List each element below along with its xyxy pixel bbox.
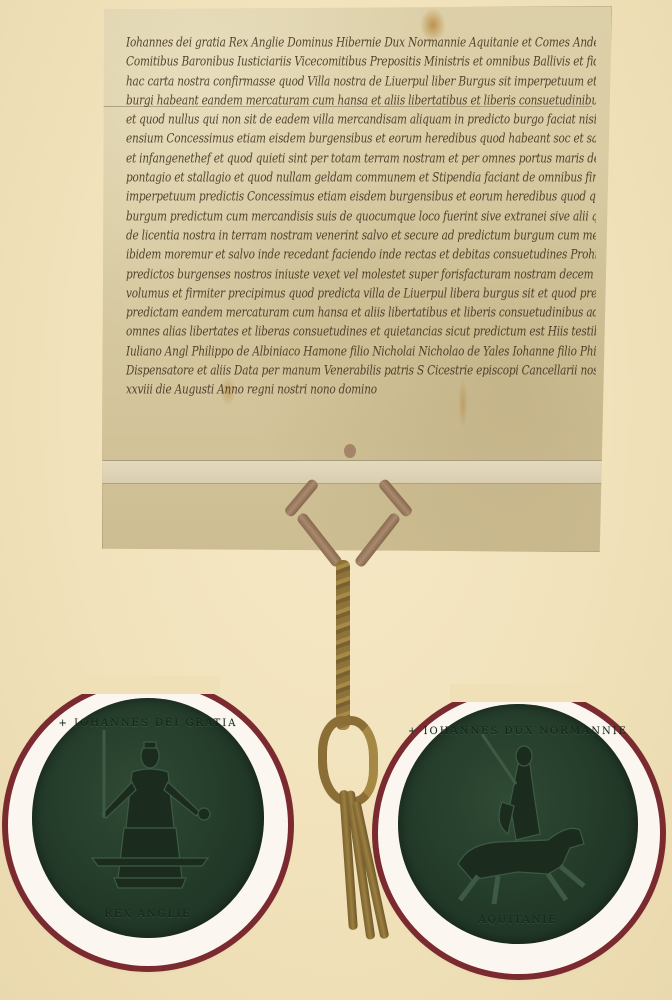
holder-gap [450,684,600,702]
museum-display: Iohannes dei gratia Rex Anglie Dominus H… [0,0,672,1000]
mounted-knight-icon [398,704,638,944]
charter-line: xxviii die Augusti Anno regni nostri non… [126,379,596,403]
seal-reverse: + IOHANNES DUX NORMANNIE AQUITANIE [398,704,638,944]
tag-hole [344,444,356,458]
seal-obverse: + IOHANNES DEI GRATIA REX ANGLIE [32,698,264,938]
enthroned-king-icon [32,698,264,938]
charter-text: Iohannes dei gratia Rex Anglie Dominus H… [126,34,596,401]
holder-gap [80,676,220,694]
charter-parchment: Iohannes dei gratia Rex Anglie Dominus H… [102,6,612,552]
braided-cord [336,560,350,730]
parchment-fold [102,460,612,484]
